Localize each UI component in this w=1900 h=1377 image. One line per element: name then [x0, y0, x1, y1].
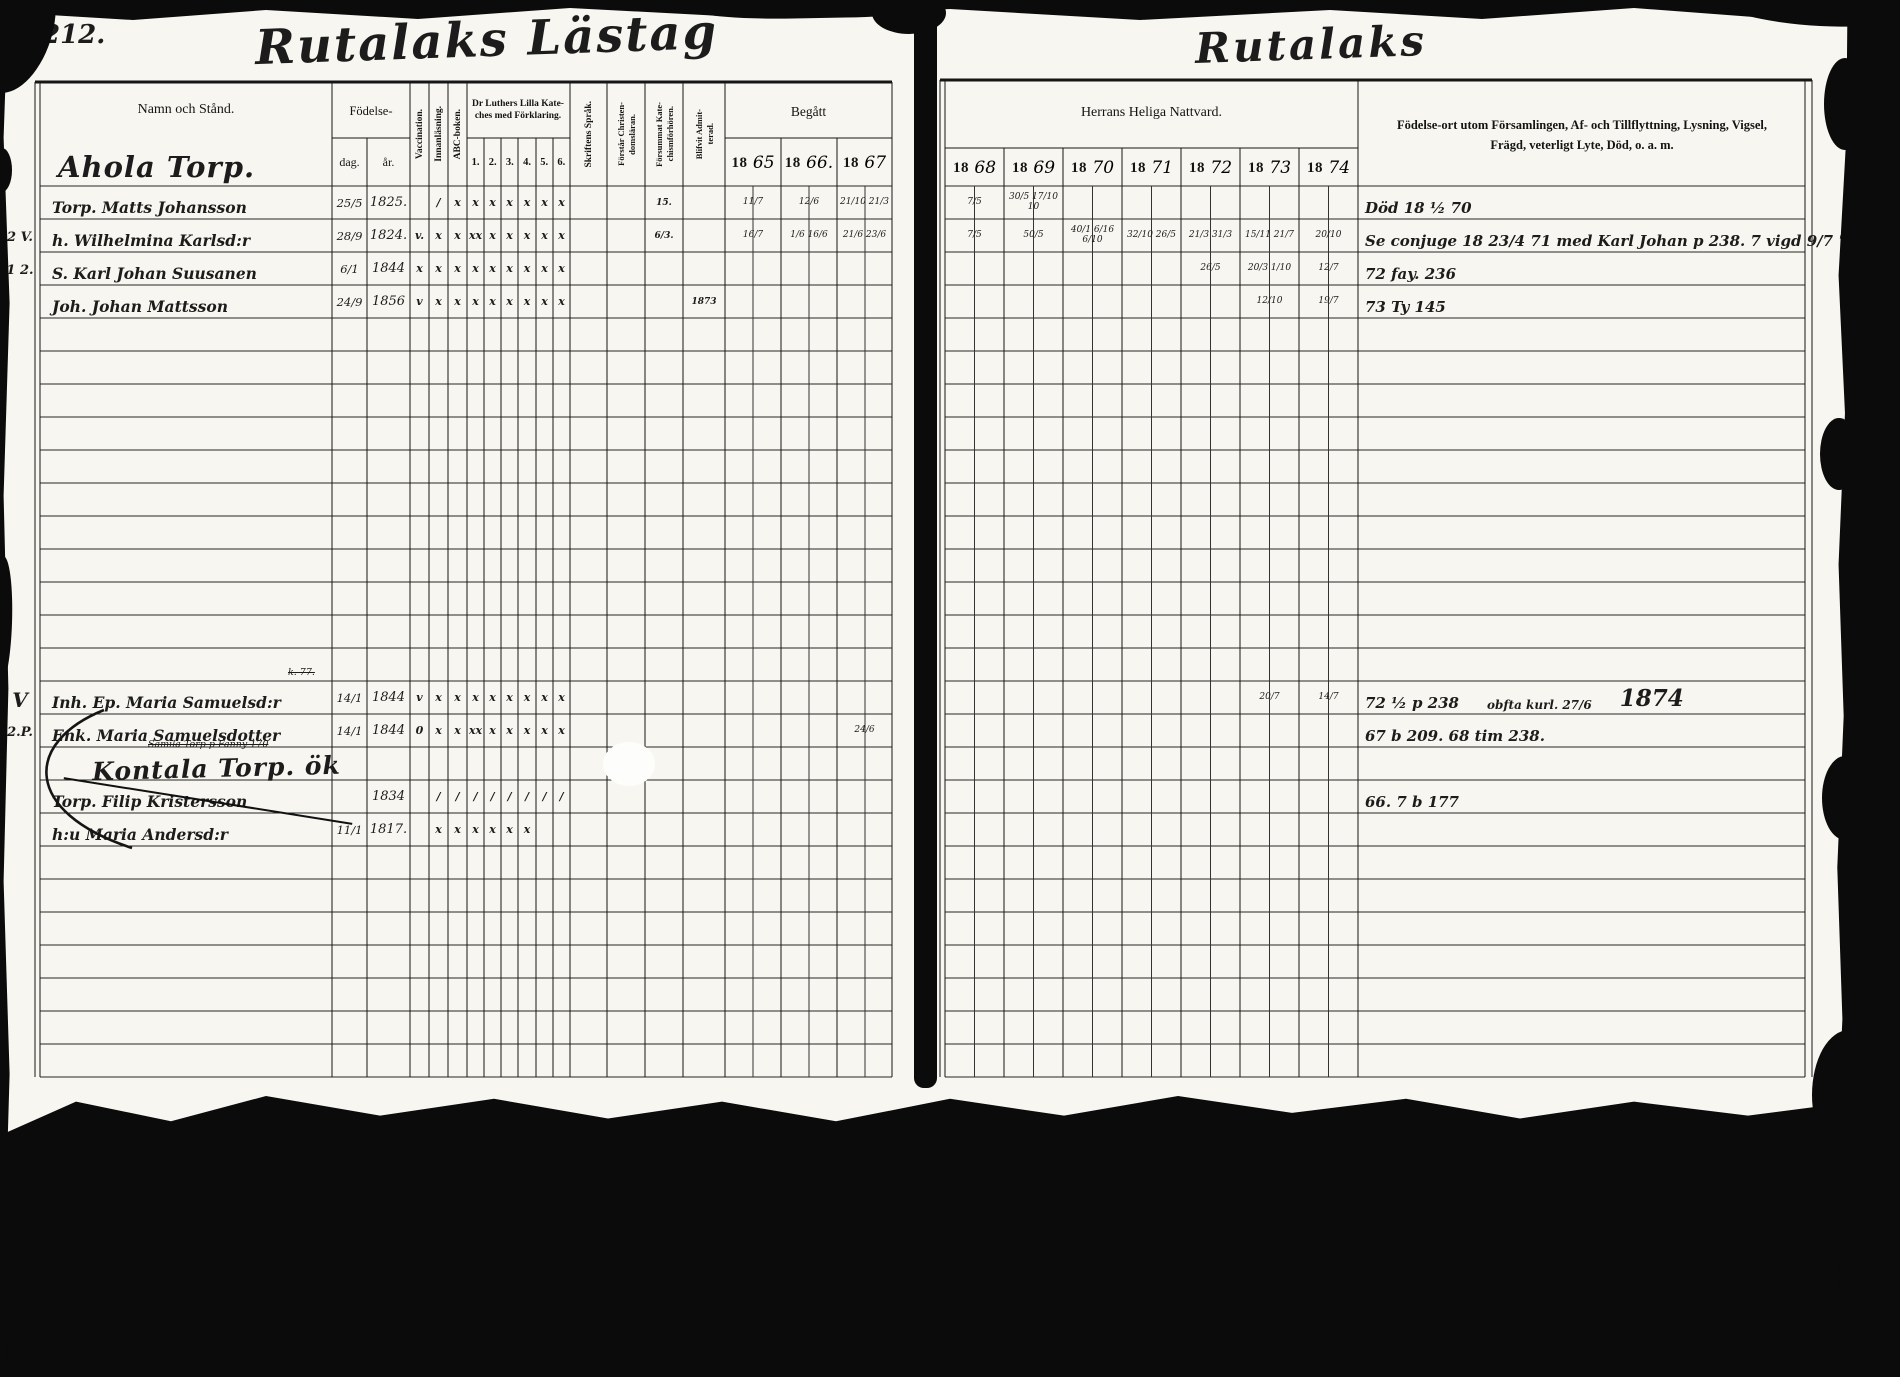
year-printed-prefix: 18	[1012, 160, 1028, 177]
check-mark-cell: x	[410, 252, 429, 285]
communion-date-cell: 11/7	[725, 186, 781, 219]
check-mark-cell: x	[553, 186, 570, 219]
marginal-note: Död 18 ½ 70	[1365, 182, 1801, 219]
year-script-digits: 71	[1146, 158, 1173, 178]
check-mark-cell: x	[429, 285, 448, 318]
check-mark-cell: x	[467, 285, 484, 318]
entry-birth-day: 28/9	[332, 219, 367, 252]
year-script-digits: 69	[1028, 158, 1055, 178]
year-header: 18 71	[1122, 150, 1181, 186]
check-mark-cell: x	[536, 186, 553, 219]
marginal-note: 67 b 209. 68 tim 238.	[1365, 710, 1801, 747]
entry-birth-year: 1844	[367, 714, 410, 747]
check-mark-cell: x	[429, 681, 448, 714]
year-printed-prefix: 18	[1071, 160, 1087, 177]
entry-birth-day: 14/1	[332, 681, 367, 714]
scan-blotch	[1822, 756, 1868, 840]
group-heading-script: Ahola Torp.	[58, 128, 358, 184]
year-header: 18 66.	[781, 142, 837, 184]
check-mark-cell: x	[484, 219, 501, 252]
entry-birth-year: 1825.	[367, 186, 410, 219]
notes-column-header-line2: Frägd, veterligt Lyte, Död, o. a. m.	[1490, 138, 1673, 153]
communion-date-cell: 12/6	[781, 186, 837, 219]
year-printed-prefix: 18	[785, 155, 801, 172]
communion-date-cell: 12/7	[1299, 252, 1358, 285]
scan-blotch	[1820, 418, 1858, 490]
check-mark-cell: x	[553, 714, 570, 747]
communion-date-cell: 20/7	[1240, 681, 1299, 714]
check-mark-cell: x	[536, 285, 553, 318]
check-mark-cell: 6/3.	[645, 219, 683, 252]
check-mark-cell: x	[448, 714, 467, 747]
communion-date-cell: 50/5	[1004, 219, 1063, 252]
check-mark-cell: /	[448, 780, 467, 813]
rotated-header-line: domsläran.	[627, 114, 637, 155]
check-mark-cell: x	[518, 285, 536, 318]
check-mark-cell: xx	[467, 219, 484, 252]
rotated-header-line: Skriftens Språk.	[584, 101, 594, 168]
check-mark-cell: x	[448, 285, 467, 318]
name-column-header: Namn och Stånd.	[40, 96, 332, 124]
check-mark-cell: x	[484, 186, 501, 219]
check-mark-cell: x	[429, 714, 448, 747]
communion-date-cell: 16/7	[725, 219, 781, 252]
check-mark-cell: 0	[410, 714, 429, 747]
notes-column-header-line1: Födelse-ort utom Församlingen, Af- och T…	[1397, 118, 1767, 133]
year-script-digits: 72	[1205, 158, 1232, 178]
check-mark-cell: x	[448, 186, 467, 219]
communion-date-cell: 14/7	[1299, 681, 1358, 714]
check-mark-cell: x	[467, 681, 484, 714]
communion-date-cell: 19/7	[1299, 285, 1358, 318]
check-mark-cell: /	[429, 780, 448, 813]
catechism-subcolumn-header: 2.	[484, 140, 501, 184]
entry-birth-year: 1834	[367, 780, 410, 813]
communion-date-cell: 24/6	[837, 714, 892, 747]
year-printed-prefix: 18	[731, 155, 747, 172]
year-header: 18 74	[1299, 150, 1358, 186]
check-mark-cell: x	[501, 219, 518, 252]
scanned-parish-register-spread: 212. Rutalaks Lästag Rutalaks Namn och S…	[0, 0, 1900, 1377]
scan-border-bottom	[0, 1096, 1900, 1377]
crossed-out-annotation: k. 77.	[288, 667, 378, 681]
check-mark-cell: x	[448, 219, 467, 252]
check-mark-cell: x	[518, 813, 536, 846]
year-header: 18 65	[725, 142, 781, 184]
rotated-header-line: terad.	[705, 123, 715, 144]
check-mark-cell: v	[410, 285, 429, 318]
rotated-header-line: Blifvit Admit-	[694, 109, 704, 159]
check-mark-cell: x	[553, 681, 570, 714]
check-mark-cell: x	[501, 186, 518, 219]
marginal-note: 66. 7 b 177	[1365, 776, 1801, 813]
year-header: 18 68	[945, 150, 1004, 186]
check-mark-cell: x	[501, 714, 518, 747]
rotated-header-line: Försummat Kate-	[654, 102, 664, 167]
entry-birth-year: 1817.	[367, 813, 410, 846]
entry-birth-day: 6/1	[332, 252, 367, 285]
communion-date-cell: 30/5 17/10 10	[1004, 186, 1063, 219]
year-script-digits: 73	[1264, 158, 1291, 178]
year-printed-prefix: 18	[1130, 160, 1146, 177]
year-script-digits: 74	[1323, 158, 1350, 178]
check-mark-cell: x	[484, 681, 501, 714]
entry-birth-year: 1824.	[367, 219, 410, 252]
check-mark-cell: /	[429, 186, 448, 219]
year-header: 18 70	[1063, 150, 1122, 186]
check-mark-cell: x	[467, 186, 484, 219]
check-mark-cell: x	[553, 219, 570, 252]
check-mark-cell: x	[501, 681, 518, 714]
catechism-subcolumn-header: 3.	[501, 140, 518, 184]
check-mark-cell: x	[448, 813, 467, 846]
entry-birth-day: 24/9	[332, 285, 367, 318]
communion-date-cell: 7/5	[945, 219, 1004, 252]
check-mark-cell: x	[429, 252, 448, 285]
entry-birth-year: 1844	[367, 681, 410, 714]
check-mark-cell: x	[536, 252, 553, 285]
check-mark-cell: x	[536, 714, 553, 747]
rotated-header-line: Innanläsning.	[434, 106, 444, 162]
year-script-digits: 65	[747, 153, 774, 173]
check-mark-cell: x	[484, 813, 501, 846]
communion-date-cell: 21/3 31/3	[1181, 219, 1240, 252]
communion-date-cell: 1/6 16/6	[781, 219, 837, 252]
check-mark-cell: x	[501, 252, 518, 285]
check-mark-cell: x	[501, 285, 518, 318]
catechism-group-header: Dr Luthers Lilla Kate- ches med Förklari…	[458, 84, 578, 136]
communion-date-cell: 40/1 6/16 6/10	[1063, 219, 1122, 252]
check-mark-cell: /	[518, 780, 536, 813]
scan-blotch	[1824, 58, 1866, 150]
marginal-note: 73 Ty 145	[1365, 281, 1801, 318]
rotated-column-header: Vaccination.	[410, 86, 429, 182]
rotated-header-line: Förstår Christen-	[616, 102, 626, 166]
page-gutter	[914, 6, 937, 1088]
year-header: 18 72	[1181, 150, 1240, 186]
year-header: 18 73	[1240, 150, 1299, 186]
check-mark-cell: v	[410, 681, 429, 714]
year-printed-prefix: 18	[1248, 160, 1264, 177]
communion-date-cell: 20/10	[1299, 219, 1358, 252]
year-script-digits: 66.	[801, 153, 833, 173]
check-mark-cell: /	[501, 780, 518, 813]
check-mark-cell: x	[518, 219, 536, 252]
rotated-header-line: ABC-boken.	[453, 109, 463, 159]
catechism-subcolumn-header: 5.	[536, 140, 553, 184]
rotated-header-line: Vaccination.	[415, 109, 425, 159]
check-mark-cell: /	[553, 780, 570, 813]
check-mark-cell: xx	[467, 714, 484, 747]
check-mark-cell: v.	[410, 219, 429, 252]
check-mark-cell: x	[518, 714, 536, 747]
crossed-out-annotation: Samila Torp p Fanny 170	[148, 739, 338, 752]
rotated-header-line: chismförhören.	[665, 106, 675, 161]
year-script-digits: 67	[859, 153, 886, 173]
rotated-column-header: Skriftens Språk.	[570, 86, 607, 182]
check-mark-cell: x	[484, 285, 501, 318]
scan-white-spot	[603, 742, 655, 786]
check-mark-cell: /	[536, 780, 553, 813]
year-printed-prefix: 18	[953, 160, 969, 177]
year-printed-prefix: 18	[1189, 160, 1205, 177]
check-mark-cell: x	[536, 219, 553, 252]
check-mark-cell: x	[429, 219, 448, 252]
check-mark-cell: x	[553, 285, 570, 318]
check-mark-cell: 1873	[683, 285, 725, 318]
check-mark-cell: x	[467, 813, 484, 846]
communion-date-cell: 21/10 21/3	[837, 186, 892, 219]
check-mark-cell: x	[429, 813, 448, 846]
rotated-column-header: Blifvit Admit-terad.	[683, 86, 725, 182]
communion-date-cell: 15/11 21/7	[1240, 219, 1299, 252]
marginal-note: Se conjuge 18 23/4 71 med Karl Johan p 2…	[1365, 215, 1801, 252]
communion-date-cell: 21/6 23/6	[837, 219, 892, 252]
check-mark-cell: x	[484, 714, 501, 747]
scan-blotch	[1812, 1030, 1886, 1160]
communion-nattvard-header: Herrans Heliga Nattvard.	[945, 84, 1358, 142]
check-mark-cell: /	[467, 780, 484, 813]
check-mark-cell: x	[518, 252, 536, 285]
entry-birth-year: 1856	[367, 285, 410, 318]
right-page-script-title: Rutalaks	[1194, 16, 1428, 73]
year-printed-prefix: 18	[843, 155, 859, 172]
communion-date-cell: 32/10 26/5	[1122, 219, 1181, 252]
rotated-column-header: Förstår Christen-domsläran.	[607, 86, 645, 182]
check-mark-cell: x	[501, 813, 518, 846]
marginal-note: 72 fay. 236	[1365, 248, 1801, 285]
check-mark-cell: x	[518, 186, 536, 219]
check-mark-cell: x	[518, 681, 536, 714]
catechism-subcolumn-header: 4.	[519, 140, 536, 184]
check-mark-cell: x	[448, 681, 467, 714]
year-printed-prefix: 18	[1307, 160, 1323, 177]
communion-date-cell: 7/5	[945, 186, 1004, 219]
notes-column-header: Födelse-ort utom Församlingen, Af- och T…	[1362, 96, 1802, 184]
marginal-note: 72 ½ p 238obfta kurl. 27/61874	[1365, 677, 1801, 714]
check-mark-cell: x	[467, 252, 484, 285]
rotated-column-header: Innanläsning.	[429, 86, 448, 182]
check-mark-cell: x	[536, 681, 553, 714]
catechism-subcolumn-header: 1.	[467, 140, 484, 184]
scan-border-right	[1836, 0, 1900, 1377]
check-mark-cell: x	[448, 252, 467, 285]
entry-birth-day: 25/5	[332, 186, 367, 219]
communion-date-cell: 20/3 1/10	[1240, 252, 1299, 285]
communion-date-cell: 26/5	[1181, 252, 1240, 285]
year-script-digits: 70	[1087, 158, 1114, 178]
check-mark-cell: x	[553, 252, 570, 285]
entry-name: Joh. Johan Mattsson	[52, 279, 330, 318]
year-header: 18 67	[837, 142, 892, 184]
entry-birth-day: 11/1	[332, 813, 367, 846]
check-mark-cell: /	[484, 780, 501, 813]
communion-begatt-header: Begått	[725, 88, 892, 136]
entry-birth-year: 1844	[367, 252, 410, 285]
year-script-digits: 68	[969, 158, 996, 178]
rotated-column-header: ABC-boken.	[448, 86, 467, 182]
communion-date-cell: 12/10	[1240, 285, 1299, 318]
catechism-subcolumn-header: 6.	[553, 140, 570, 184]
rotated-column-header: Försummat Kate-chismförhören.	[645, 86, 683, 182]
birth-year-subheader: år.	[367, 140, 410, 184]
year-header: 18 69	[1004, 150, 1063, 186]
check-mark-cell: x	[484, 252, 501, 285]
check-mark-cell: 15.	[645, 186, 683, 219]
